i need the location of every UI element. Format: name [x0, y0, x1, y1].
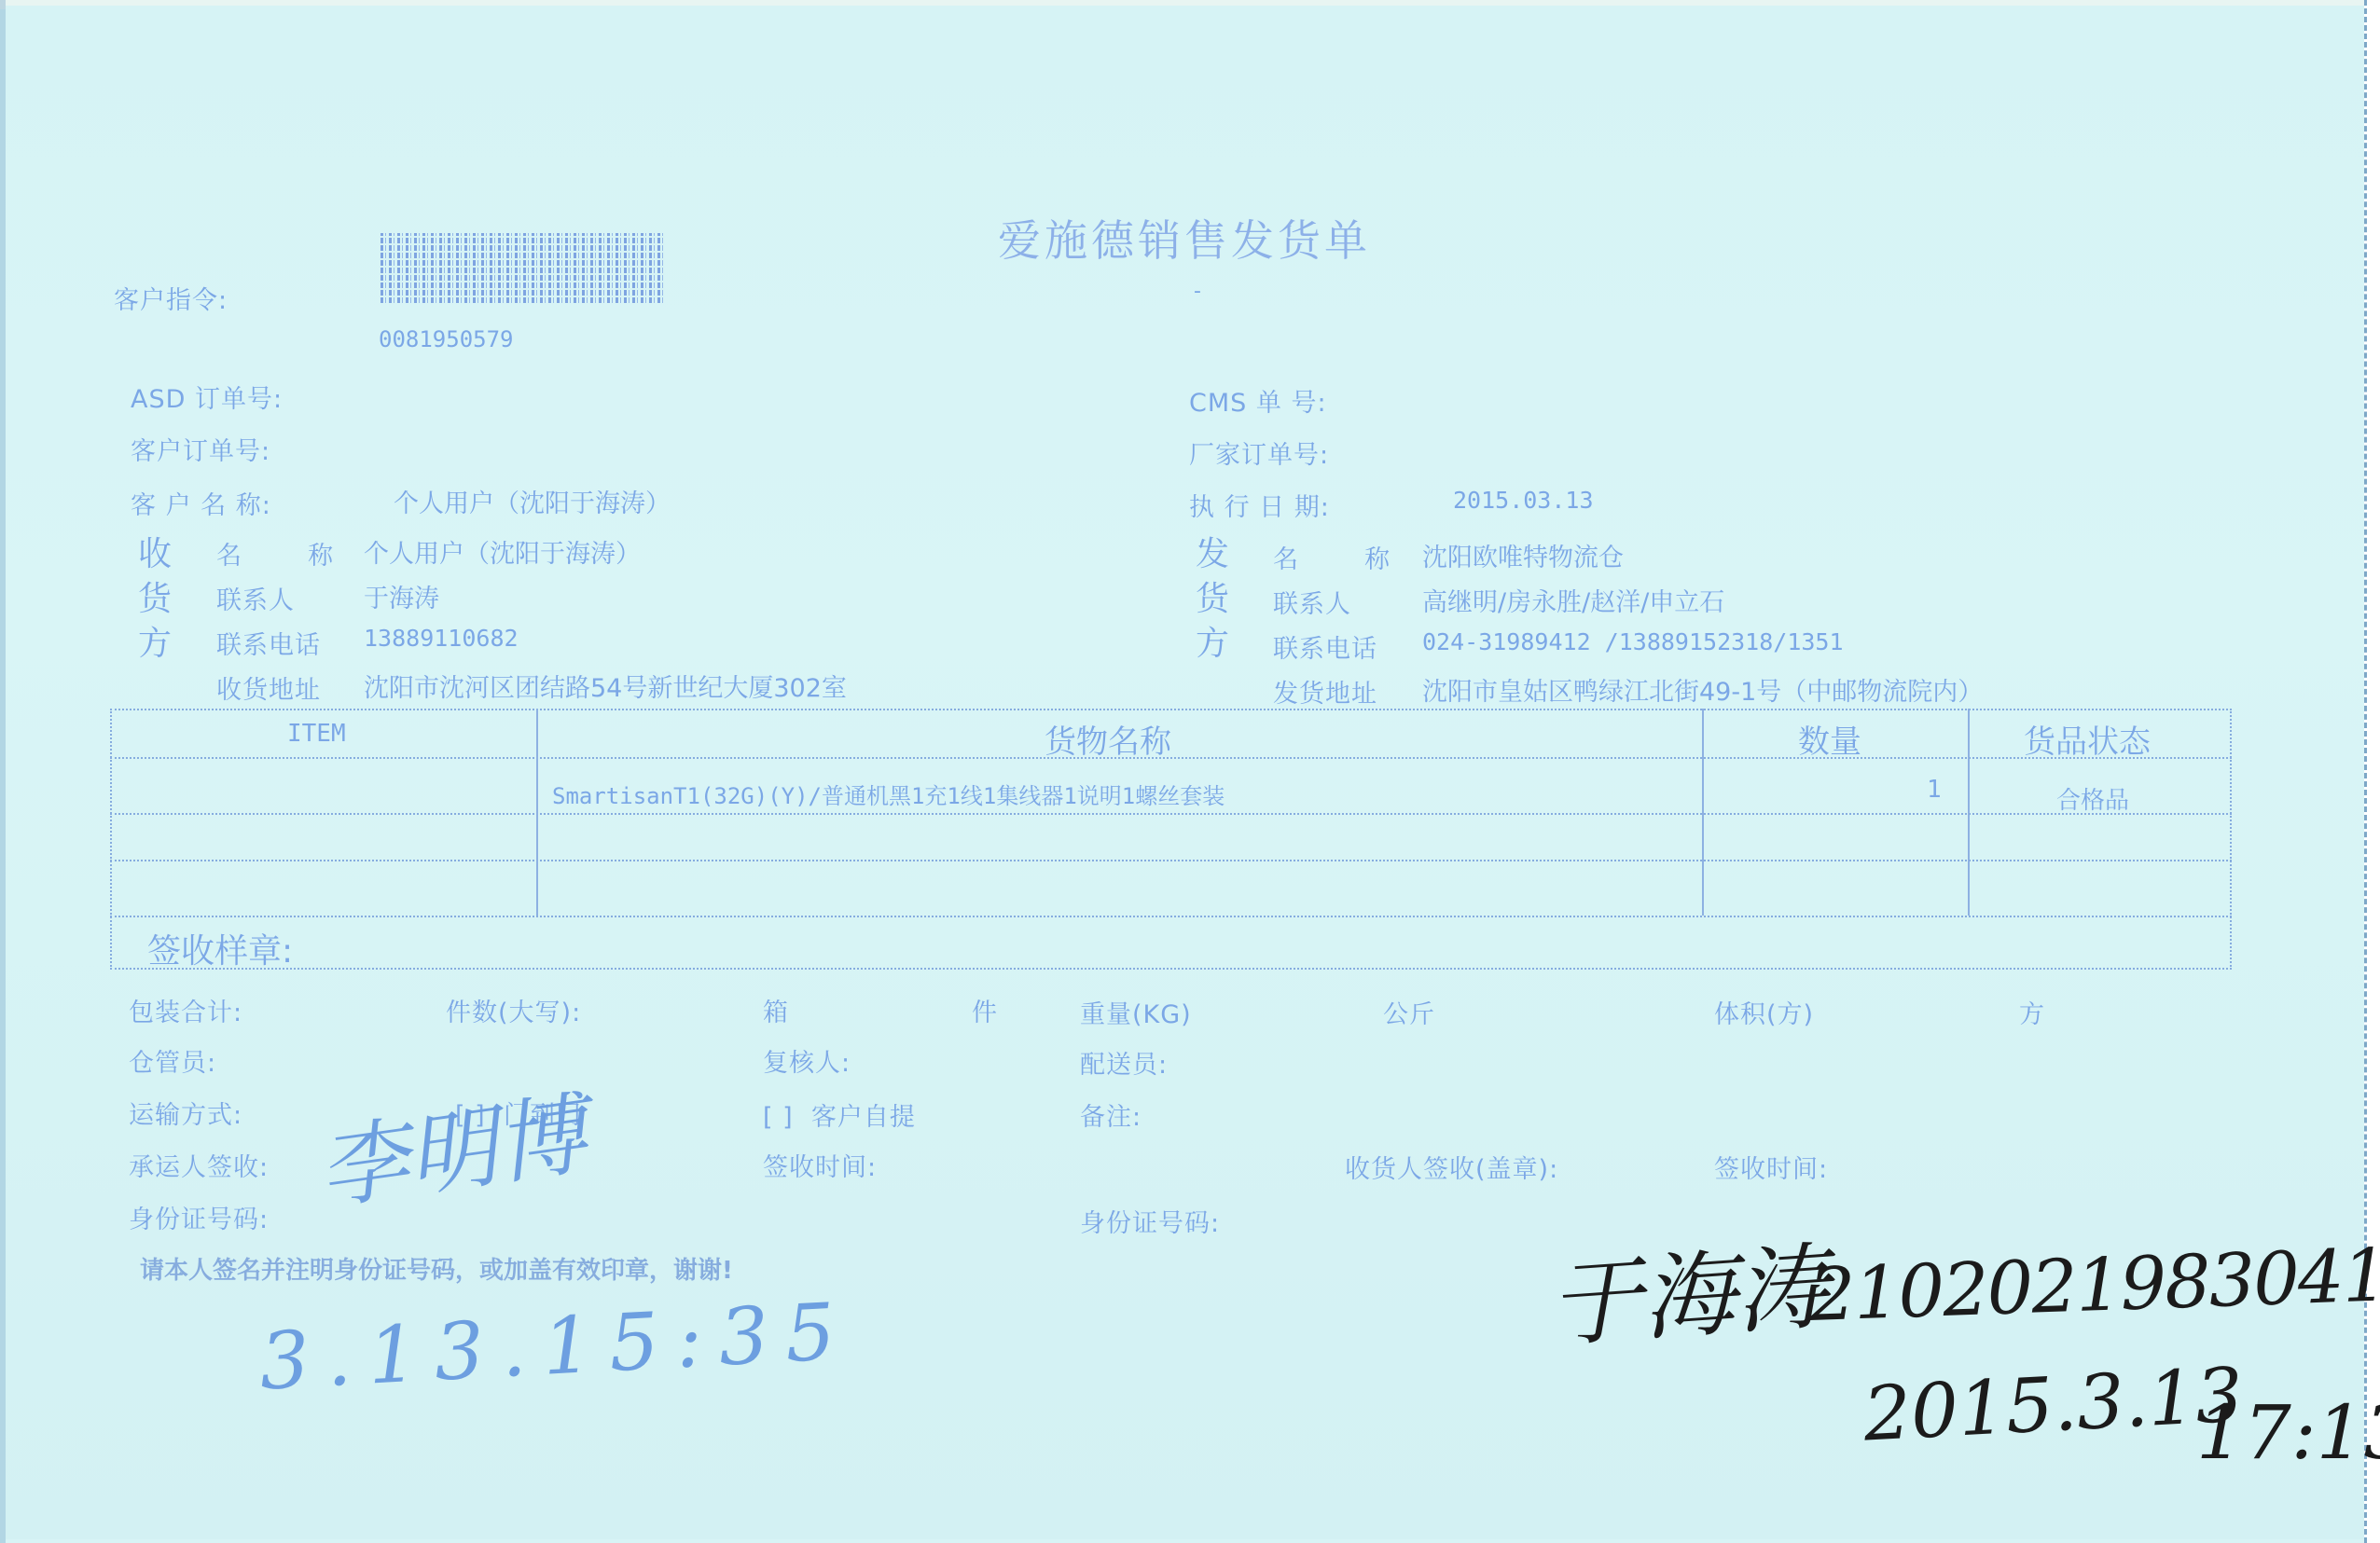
- sender-side-char-2: 货: [1196, 572, 1229, 620]
- table-divider: [110, 916, 2232, 917]
- sender-contact-value: 高继明/房永胜/赵洋/申立石: [1422, 582, 1724, 618]
- self-pickup-checkbox[interactable]: [ ] 客户自提: [763, 1096, 916, 1133]
- customer-instruction-label: 客户指令:: [114, 280, 228, 316]
- sender-phone-value: 024-31989412 /13889152318/1351: [1422, 628, 1844, 655]
- volume-label: 体积(方): [1714, 994, 1814, 1030]
- barcode: [381, 233, 665, 303]
- piece-label: 件: [972, 992, 998, 1028]
- table-column-divider: [1968, 709, 1970, 916]
- table-column-divider: [1702, 709, 1704, 916]
- sender-side-char-3: 方: [1196, 617, 1229, 665]
- receiver-contact-value: 于海涛: [364, 578, 439, 614]
- exec-date-value: 2015.03.13: [1453, 487, 1594, 514]
- carrier-sign-time-label: 签收时间:: [763, 1147, 877, 1183]
- dispatcher-label: 配送员:: [1080, 1044, 1168, 1081]
- sender-name-label: 名 称: [1273, 539, 1406, 575]
- sender-address-label: 发货地址: [1273, 673, 1377, 710]
- table-divider: [110, 813, 2232, 815]
- consignee-sign-time-label: 签收时间:: [1714, 1149, 1828, 1185]
- table-column-divider: [536, 709, 538, 916]
- consignee-sign-label: 收货人签收(盖章):: [1345, 1149, 1558, 1185]
- receiver-name-label: 名 称: [216, 535, 350, 572]
- receiver-name-value: 个人用户（沈阳于海涛）: [364, 533, 641, 570]
- remarks-label: 备注:: [1080, 1096, 1142, 1133]
- receiver-address-value: 沈阳市沈河区团结路54号新世纪大厦302室: [364, 668, 847, 704]
- receiver-phone-label: 联系电话: [216, 625, 321, 661]
- asd-order-label: ASD 订单号:: [131, 379, 283, 415]
- sender-side-char-1: 发: [1196, 528, 1229, 575]
- consignee-id-label: 身份证号码:: [1080, 1203, 1220, 1239]
- receiver-side-char-1: 收: [138, 528, 172, 575]
- reviewer-label: 复核人:: [763, 1042, 851, 1079]
- document-title: 爱施德销售发货单: [998, 207, 1371, 269]
- exec-date-label: 执 行 日 期:: [1189, 487, 1330, 523]
- title-mark: ‐: [1194, 280, 1201, 303]
- sender-phone-label: 联系电话: [1273, 628, 1377, 665]
- receiver-side-char-3: 方: [138, 617, 172, 665]
- consignee-signature: 于海涛: [1543, 1212, 1832, 1366]
- customer-name-label: 客 户 名 称:: [131, 485, 271, 521]
- kg-label: 公斤: [1383, 994, 1435, 1030]
- table-header-item: ITEM: [287, 720, 346, 748]
- box-label: 箱: [763, 992, 789, 1028]
- notice-text: 请本人签名并注明身份证号码，或加盖有效印章，谢谢!: [140, 1251, 733, 1286]
- cubic-label: 方: [2019, 994, 2045, 1030]
- pieces-label: 件数(大写):: [446, 992, 581, 1028]
- goods-name-cell: SmartisanT1(32G)(Y)/普通机黑1充1线1集线器1说明1螺丝套装: [552, 778, 1225, 810]
- table-header-quantity: 数量: [1798, 716, 1861, 762]
- package-total-label: 包装合计:: [129, 992, 242, 1028]
- carrier-id-label: 身份证号码:: [129, 1199, 269, 1235]
- status-cell: 合格品: [2056, 781, 2129, 816]
- sender-name-value: 沈阳欧唯特物流仓: [1422, 537, 1624, 573]
- receiver-contact-label: 联系人: [216, 580, 295, 616]
- table-divider: [110, 860, 2232, 861]
- consignee-sign-time: 17:13: [2196, 1389, 2380, 1476]
- transport-label: 运输方式:: [129, 1095, 242, 1131]
- receiver-side-char-2: 货: [138, 572, 172, 620]
- table-header-status: 货品状态: [2024, 716, 2151, 762]
- sender-address-value: 沈阳市皇姑区鸭绿江北街49-1号（中邮物流院内）: [1422, 671, 1983, 708]
- sender-contact-label: 联系人: [1273, 584, 1351, 620]
- quantity-cell: 1: [1927, 776, 1942, 804]
- receiver-address-label: 收货地址: [216, 669, 321, 706]
- factory-order-label: 厂家订单号:: [1189, 434, 1329, 471]
- customer-name-value: 个人用户（沈阳于海涛）: [394, 483, 671, 519]
- receiver-phone-value: 13889110682: [364, 625, 519, 652]
- paper-left-edge: [0, 0, 6, 1543]
- cms-label: CMS 单 号:: [1189, 382, 1327, 419]
- warehouse-keeper-label: 仓管员:: [129, 1042, 216, 1079]
- customer-order-label: 客户订单号:: [131, 431, 270, 467]
- customer-instruction-value: 0081950579: [379, 326, 514, 352]
- sign-stamp-label: 签收样章:: [147, 925, 293, 972]
- weight-label: 重量(KG): [1080, 994, 1192, 1030]
- table-header-goods-name: 货物名称: [1045, 716, 1171, 762]
- carrier-sign-label: 承运人签收:: [129, 1147, 269, 1183]
